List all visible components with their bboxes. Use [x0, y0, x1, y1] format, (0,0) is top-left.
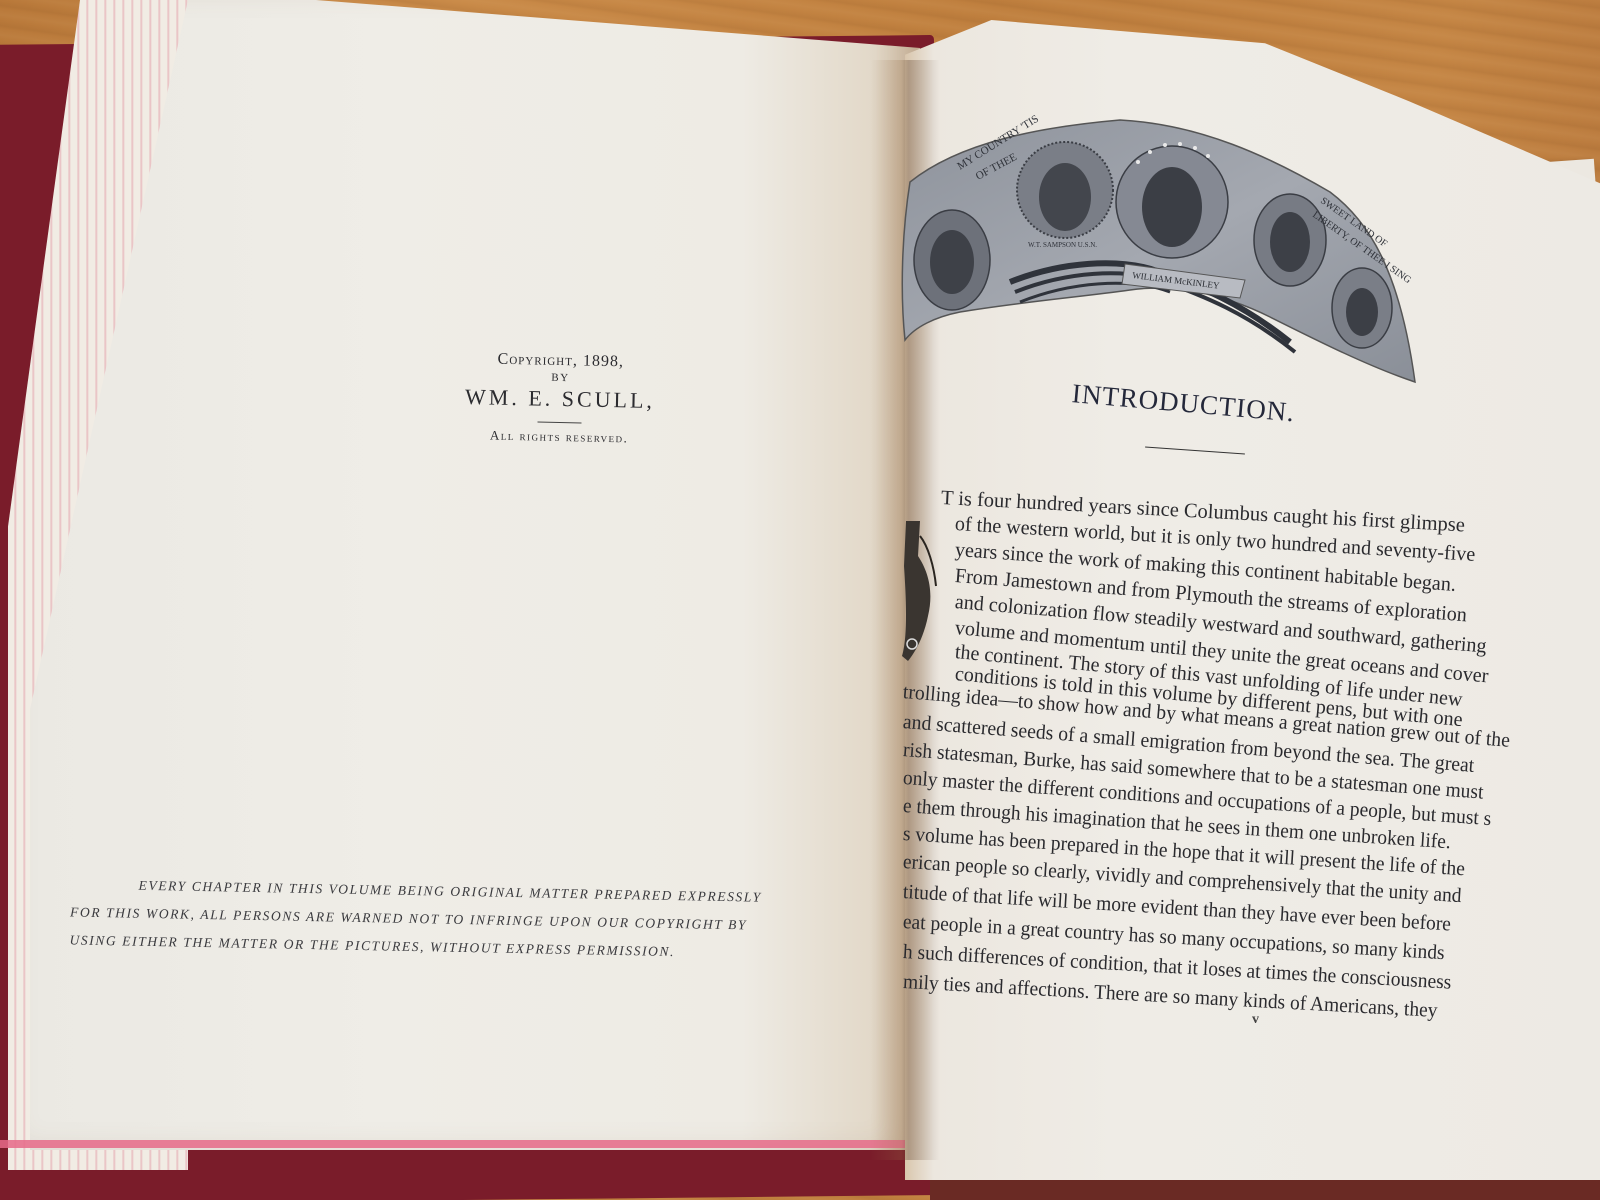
copyright-block: Copyright, 1898, BY WM. E. SCULL, All ri… [439, 349, 681, 447]
copyright-warning-notice: Every chapter in this volume being origi… [69, 870, 860, 969]
pink-page-edge [0, 1140, 920, 1148]
copyright-year: Copyright, 1898, [441, 349, 681, 372]
portrait-engraving-banner: WILLIAM McKINLEY MY COUNTRY 'TIS OF THEE… [900, 112, 1420, 387]
copyright-author: WM. E. SCULL, [440, 383, 680, 414]
svg-text:W.T. SAMPSON U.S.N.: W.T. SAMPSON U.S.N. [1028, 241, 1097, 249]
left-page [30, 0, 920, 1150]
copyright-divider [537, 422, 581, 424]
page-number: v [1252, 1012, 1259, 1028]
ornamental-drop-cap-icon [898, 516, 940, 666]
